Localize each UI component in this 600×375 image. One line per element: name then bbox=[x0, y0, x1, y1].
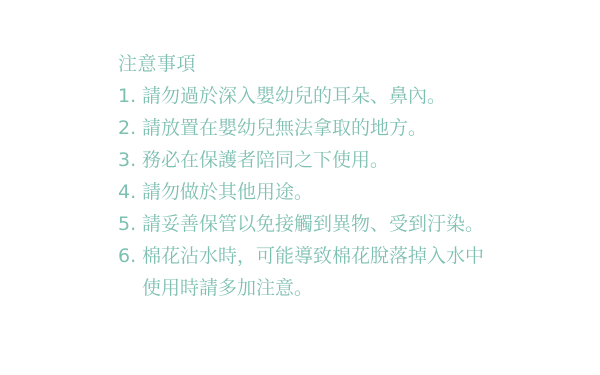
notice-item-6-continuation: 使用時請多加注意。 bbox=[118, 272, 484, 304]
notice-item-5: 5. 請妥善保管以免接觸到異物、受到汙染。 bbox=[118, 208, 484, 240]
item-number: 5. bbox=[118, 208, 142, 240]
item-number: 6. bbox=[118, 240, 142, 272]
item-text: 請放置在嬰幼兒無法拿取的地方。 bbox=[142, 112, 427, 144]
notice-item-6: 6. 棉花沾水時，可能導致棉花脫落掉入水中 bbox=[118, 240, 484, 272]
item-text: 請勿過於深入嬰幼兒的耳朵、鼻內。 bbox=[142, 80, 446, 112]
notice-section: 注意事項 1. 請勿過於深入嬰幼兒的耳朵、鼻內。 2. 請放置在嬰幼兒無法拿取的… bbox=[118, 50, 484, 304]
item-text: 請妥善保管以免接觸到異物、受到汙染。 bbox=[142, 208, 484, 240]
item-text: 棉花沾水時，可能導致棉花脫落掉入水中 bbox=[142, 240, 484, 272]
item-number: 2. bbox=[118, 112, 142, 144]
notice-title: 注意事項 bbox=[118, 50, 484, 80]
item-number: 3. bbox=[118, 144, 142, 176]
item-number: 4. bbox=[118, 176, 142, 208]
notice-item-4: 4. 請勿做於其他用途。 bbox=[118, 176, 484, 208]
item-text: 請勿做於其他用途。 bbox=[142, 176, 313, 208]
notice-item-1: 1. 請勿過於深入嬰幼兒的耳朵、鼻內。 bbox=[118, 80, 484, 112]
item-text: 務必在保護者陪同之下使用。 bbox=[142, 144, 389, 176]
item-number: 1. bbox=[118, 80, 142, 112]
notice-item-3: 3. 務必在保護者陪同之下使用。 bbox=[118, 144, 484, 176]
notice-item-2: 2. 請放置在嬰幼兒無法拿取的地方。 bbox=[118, 112, 484, 144]
